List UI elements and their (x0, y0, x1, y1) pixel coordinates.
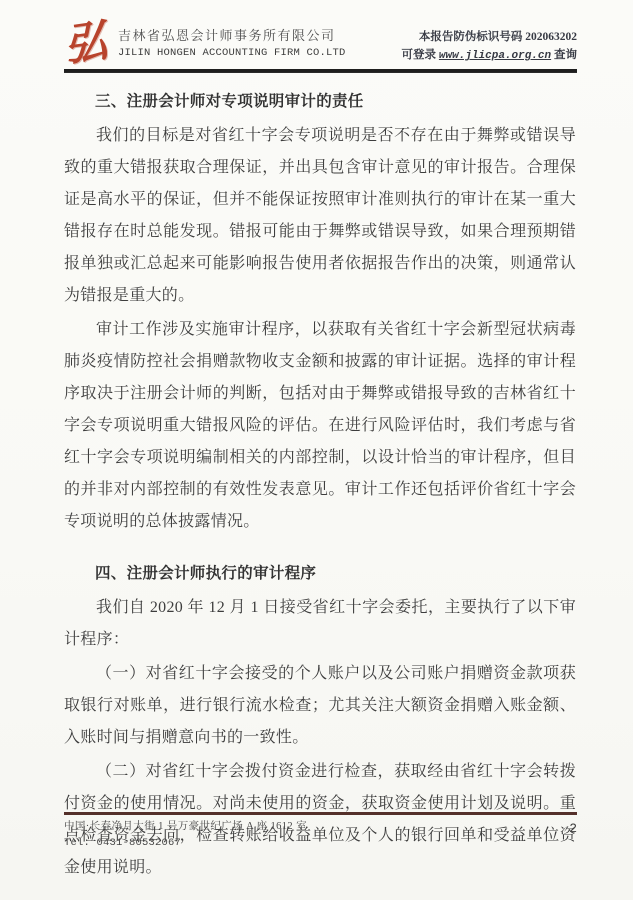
section-3-paragraph-2: 审计工作涉及实施审计程序，以获取有关省红十字会新型冠状病毒肺炎疫情防控社会捐赠款… (64, 314, 576, 538)
section-4-paragraph-1: 我们自 2020 年 12 月 1 日接受省红十字会委托，主要执行了以下审计程序… (64, 592, 576, 656)
page-number: 2 (569, 819, 577, 836)
company-name-english: JILIN HONGEN ACCOUNTING FIRM CO.LTD (118, 45, 346, 62)
company-name-chinese: 吉林省弘恩会计师事务所有限公司 (118, 26, 346, 45)
firm-address: 中国·长春净月大街 1 号万豪世纪广场 A 座 1612 室 (64, 819, 307, 835)
section-heading-3: 三、注册会计师对专项说明审计的责任 (64, 86, 576, 118)
verification-url-link[interactable]: www.jlicpa.org.cn (439, 50, 551, 62)
anti-counterfeit-number: 本报告防伪标识号码 202063202 (402, 28, 577, 46)
section-3-paragraph-1: 我们的目标是对省红十字会专项说明是否不存在由于舞弊或错误导致的重大错报获取合理保… (64, 120, 576, 312)
section-4-paragraph-2: （一）对省红十字会接受的个人账户以及公司账户捐赠资金款项获取银行对账单，进行银行… (64, 658, 576, 754)
scanned-audit-report-page: 弘 吉林省弘恩会计师事务所有限公司 JILIN HONGEN ACCOUNTIN… (0, 0, 633, 900)
verify-prefix-text: 可登录 (402, 49, 439, 61)
firm-telephone: Tel: 0431-80532067 (64, 835, 307, 851)
anti-counterfeit-block: 本报告防伪标识号码 202063202 可登录 www.jlicpa.org.c… (402, 20, 577, 65)
verify-suffix-text: 查询 (551, 49, 577, 61)
hongen-calligraphy-logo-icon: 弘 (63, 19, 108, 69)
company-name-block: 吉林省弘恩会计师事务所有限公司 JILIN HONGEN ACCOUNTING … (118, 20, 346, 62)
report-body: 三、注册会计师对专项说明审计的责任 我们的目标是对省红十字会专项说明是否不存在由… (64, 82, 576, 886)
page-footer: 中国·长春净月大街 1 号万豪世纪广场 A 座 1612 室 Tel: 0431… (64, 812, 577, 851)
letterhead: 弘 吉林省弘恩会计师事务所有限公司 JILIN HONGEN ACCOUNTIN… (64, 20, 577, 66)
verification-line: 可登录 www.jlicpa.org.cn 查询 (402, 46, 577, 65)
letterhead-double-rule (64, 69, 577, 73)
footer-contact-block: 中国·长春净月大街 1 号万豪世纪广场 A 座 1612 室 Tel: 0431… (64, 819, 307, 851)
section-heading-4: 四、注册会计师执行的审计程序 (64, 558, 576, 590)
